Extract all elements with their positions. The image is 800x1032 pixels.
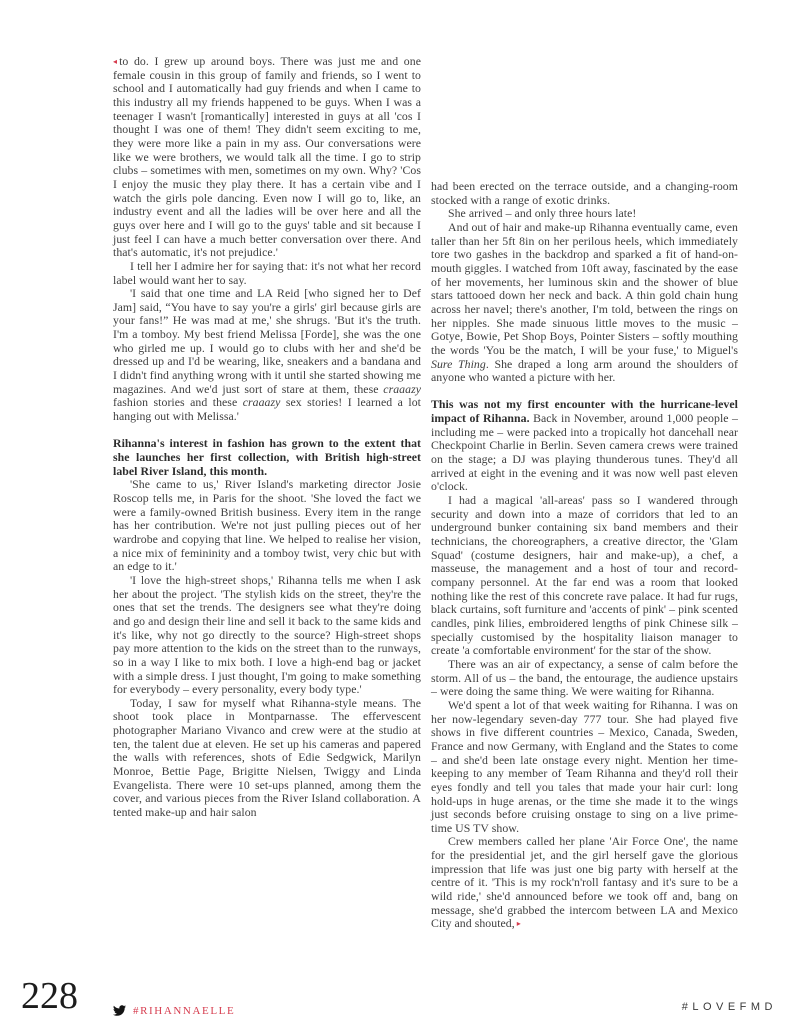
article-column-left: ◂to do. I grew up around boys. There was… bbox=[113, 55, 421, 820]
text-segment: craaazy bbox=[243, 395, 281, 409]
paragraph: 'I love the high-street shops,' Rihanna … bbox=[113, 574, 421, 697]
text-segment: Rihanna's interest in fashion has grown … bbox=[113, 436, 421, 477]
paragraph: There was an air of expectancy, a sense … bbox=[431, 658, 738, 699]
text-segment: And out of hair and make-up Rihanna even… bbox=[431, 220, 738, 357]
text-segment: fashion stories and these bbox=[113, 395, 243, 409]
text-segment: 'I love the high-street shops,' Rihanna … bbox=[113, 573, 421, 696]
paragraph: I had a magical 'all-areas' pass so I wa… bbox=[431, 494, 738, 658]
text-segment: We'd spent a lot of that week waiting fo… bbox=[431, 698, 738, 835]
paragraph: Rihanna's interest in fashion has grown … bbox=[113, 437, 421, 478]
text-segment: craaazy bbox=[383, 382, 421, 396]
text-segment: She arrived – and only three hours late! bbox=[448, 206, 636, 220]
paragraph: 'I said that one time and LA Reid [who s… bbox=[113, 287, 421, 424]
footer-social-tag: #RIHANNAELLE bbox=[112, 1004, 235, 1017]
twitter-icon bbox=[112, 1004, 127, 1017]
paragraph: Crew members called her plane 'Air Force… bbox=[431, 835, 738, 931]
text-segment: Crew members called her plane 'Air Force… bbox=[431, 834, 738, 930]
text-segment: Today, I saw for myself what Rihanna-sty… bbox=[113, 696, 421, 819]
text-segment: had been erected on the terrace outside,… bbox=[431, 179, 738, 207]
paragraph: This was not my first encounter with the… bbox=[431, 398, 738, 494]
paragraph: I tell her I admire her for saying that:… bbox=[113, 260, 421, 287]
paragraph: 'She came to us,' River Island's marketi… bbox=[113, 478, 421, 574]
paragraph: had been erected on the terrace outside,… bbox=[431, 180, 738, 207]
text-segment: to do. I grew up around boys. There was … bbox=[113, 54, 421, 259]
continuation-arrow-right-icon: ▸ bbox=[517, 919, 521, 928]
continuation-arrow-left-icon: ◂ bbox=[113, 57, 117, 66]
paragraph: Today, I saw for myself what Rihanna-sty… bbox=[113, 697, 421, 820]
text-segment: 'She came to us,' River Island's marketi… bbox=[113, 477, 421, 573]
paragraph: We'd spent a lot of that week waiting fo… bbox=[431, 699, 738, 836]
hashtag-lovefmd: #LOVEFMD bbox=[682, 1001, 777, 1013]
paragraph: ◂to do. I grew up around boys. There was… bbox=[113, 55, 421, 260]
text-segment: I tell her I admire her for saying that:… bbox=[113, 259, 421, 287]
text-segment: 'I said that one time and LA Reid [who s… bbox=[113, 286, 421, 396]
text-segment: There was an air of expectancy, a sense … bbox=[431, 657, 738, 698]
hashtag-rihannaelle: #RIHANNAELLE bbox=[133, 1005, 235, 1017]
paragraph: She arrived – and only three hours late! bbox=[431, 207, 738, 221]
article-column-right: had been erected on the terrace outside,… bbox=[431, 180, 738, 931]
text-segment: I had a magical 'all-areas' pass so I wa… bbox=[431, 493, 738, 657]
text-segment: Sure Thing bbox=[431, 357, 486, 371]
page-number: 228 bbox=[21, 977, 78, 1015]
paragraph: And out of hair and make-up Rihanna even… bbox=[431, 221, 738, 385]
magazine-page: ◂to do. I grew up around boys. There was… bbox=[0, 0, 800, 1032]
